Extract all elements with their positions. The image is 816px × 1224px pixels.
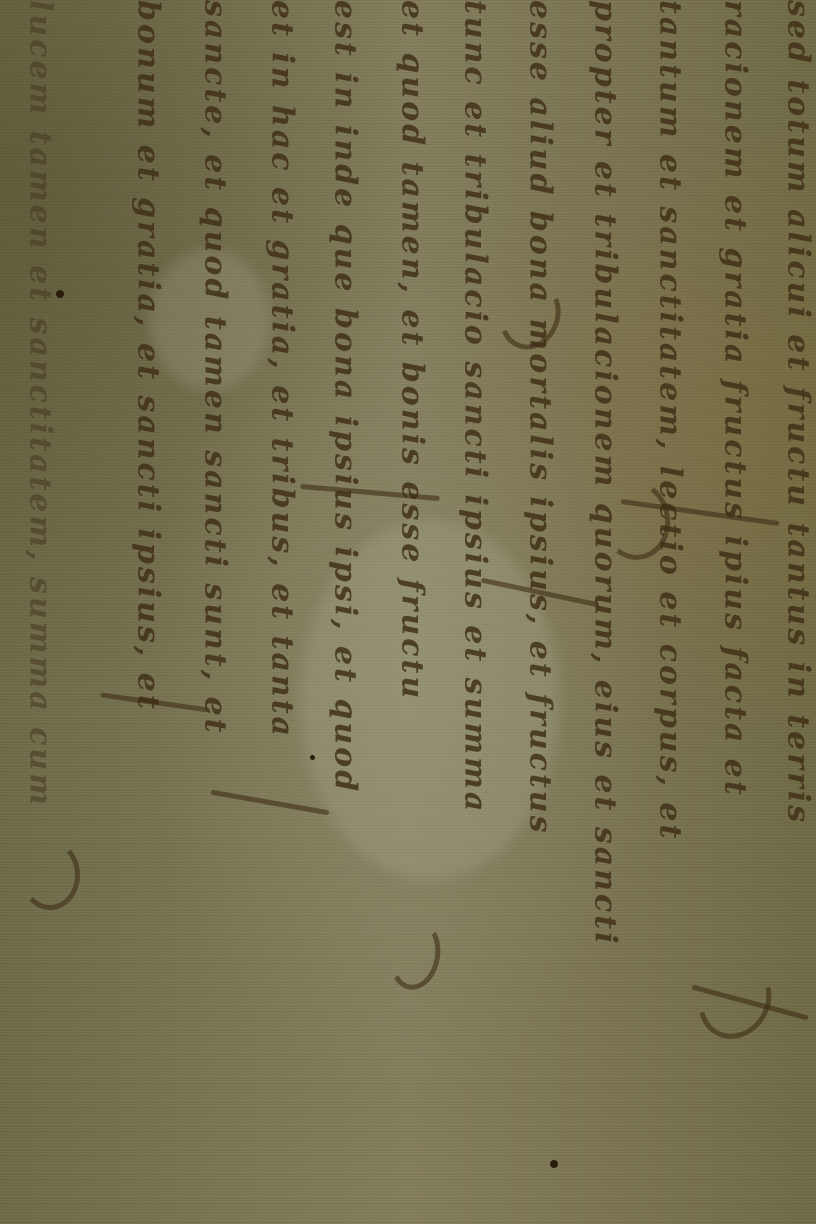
text-line-content: tunc et tribulacio sancti ipsius et summ… xyxy=(458,0,493,1224)
text-line: racionem et gratia fructus ipius facta e… xyxy=(715,0,755,1224)
text-line-content: et quod tamen, et bonis esse fructu xyxy=(395,0,430,1224)
text-line-content: et in hac et gratia, et tribus, et tanta xyxy=(265,0,300,1224)
text-line: sancte, et quod tamen sancti sunt, et xyxy=(195,0,235,1224)
text-line: tantum et sanctitatem, lectio et corpus,… xyxy=(650,0,690,1224)
text-line: propter et tribulacionem quorum, eius et… xyxy=(585,0,625,1224)
text-line-content: racionem et gratia fructus ipius facta e… xyxy=(718,0,753,1224)
text-line-content: tantum et sanctitatem, lectio et corpus,… xyxy=(653,0,688,1224)
text-line: sed totum alicui et fructu tantus in ter… xyxy=(778,0,816,1224)
text-line-content: lucem tamen et sanctitatem, summa cum xyxy=(23,0,58,1224)
text-line: et quod tamen, et bonis esse fructu xyxy=(392,0,432,1224)
text-line-content: esse aliud bona mortalis ipsius, et fruc… xyxy=(523,0,558,1224)
text-line-content: sancte, et quod tamen sancti sunt, et xyxy=(198,0,233,1224)
text-line: esse aliud bona mortalis ipsius, et fruc… xyxy=(520,0,560,1224)
text-line-content: est in inde que bona ipsius ipsi, et quo… xyxy=(328,0,363,1224)
text-line-content: sed totum alicui et fructu tantus in ter… xyxy=(781,0,816,1224)
text-line: tunc et tribulacio sancti ipsius et summ… xyxy=(455,0,495,1224)
ink-flourish xyxy=(20,840,80,910)
text-line: est in inde que bona ipsius ipsi, et quo… xyxy=(325,0,365,1224)
text-line: et in hac et gratia, et tribus, et tanta xyxy=(262,0,302,1224)
manuscript-page: sed totum alicui et fructu tantus in ter… xyxy=(0,0,816,1224)
text-line-content: bonum et gratia, et sancti ipsius, et xyxy=(131,0,166,1224)
ink-spot xyxy=(550,1160,558,1168)
ink-spot xyxy=(56,290,64,298)
text-line: bonum et gratia, et sancti ipsius, et xyxy=(128,0,168,1224)
text-line: lucem tamen et sanctitatem, summa cum xyxy=(20,0,60,1224)
ink-spot xyxy=(310,755,315,760)
text-line-content: propter et tribulacionem quorum, eius et… xyxy=(588,0,623,1224)
